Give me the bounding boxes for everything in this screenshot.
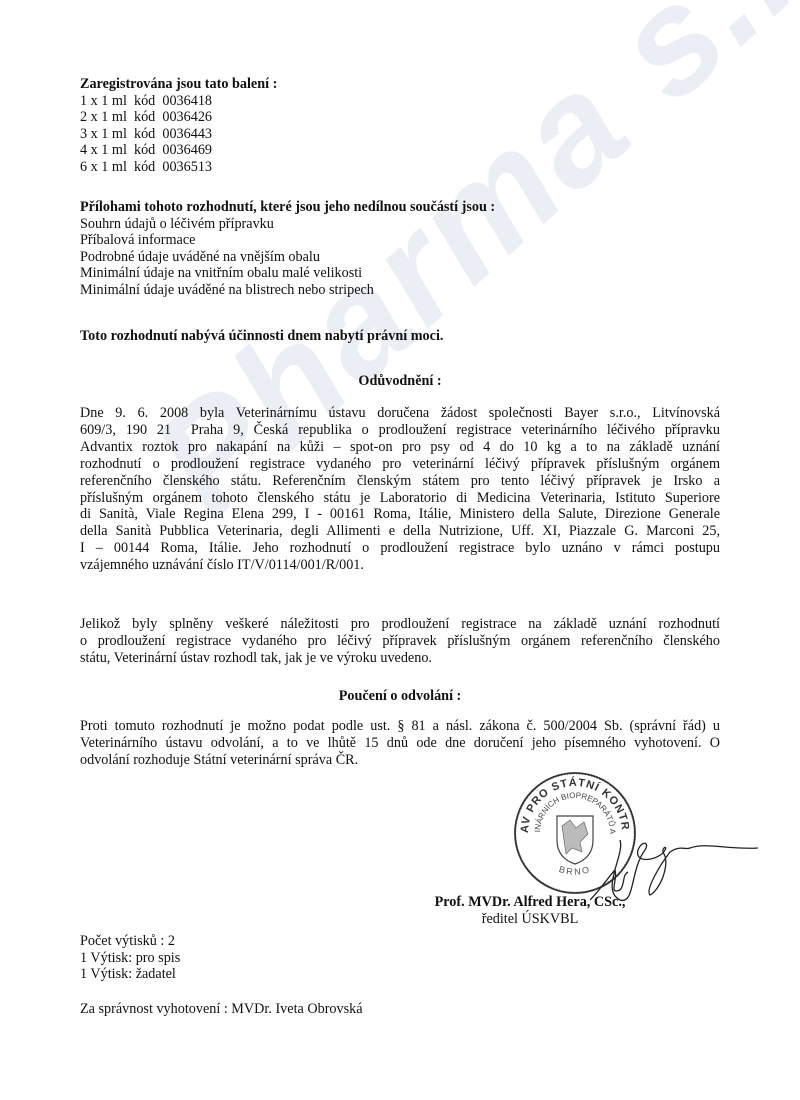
attachments-heading: Přílohami tohoto rozhodnutí, které jsou … [80, 199, 720, 216]
copies-section: Počet výtisků : 2 1 Výtisk: pro spis 1 V… [80, 933, 720, 983]
paragraph-line: I – 00144 Roma, Itálie. Jeho rozhodnutí … [80, 540, 720, 557]
paragraph-line: Proti tomuto rozhodnutí je možno podat p… [80, 718, 720, 735]
paragraph-line: Jelikož byly splněny veškeré náležitosti… [80, 616, 720, 633]
attachment-item: Minimální údaje na vnitřním obalu malé v… [80, 265, 720, 282]
effectiveness-statement: Toto rozhodnutí nabývá účinnosti dnem na… [80, 328, 720, 345]
paragraph-line: o prodloužení registrace vydaného pro lé… [80, 633, 720, 650]
signature-icon [590, 820, 760, 910]
justification-paragraph-2: Jelikož byly splněny veškeré náležitosti… [80, 616, 720, 667]
paragraph-line: 609/3, 190 21 Praha 9, Česká republika o… [80, 422, 720, 439]
paragraph-line: di Sanità, Viale Regina Elena 299, I - 0… [80, 506, 720, 523]
attachment-item: Minimální údaje uváděné na blistrech neb… [80, 282, 720, 299]
paragraph-line: vzájemného uznávání číslo IT/V/0114/001/… [80, 557, 720, 574]
paragraph-line: Dne 9. 6. 2008 byla Veterinárnímu ústavu… [80, 405, 720, 422]
attachment-item: Podrobné údaje uváděné na vnějším obalu [80, 249, 720, 266]
packages-section: Zaregistrována jsou tato balení : 1 x 1 … [80, 76, 720, 176]
copy-item: 1 Výtisk: žadatel [80, 966, 720, 983]
package-item: 4 x 1 ml kód 0036469 [80, 142, 720, 159]
attachment-item: Příbalová informace [80, 232, 720, 249]
packages-heading: Zaregistrována jsou tato balení : [80, 76, 720, 93]
paragraph-line: Advantix roztok pro nakapání na kůži – s… [80, 439, 720, 456]
copy-item: 1 Výtisk: pro spis [80, 950, 720, 967]
attachment-item: Souhrn údajů o léčivém přípravku [80, 216, 720, 233]
appeal-heading: Poučení o odvolání : [80, 688, 720, 705]
package-item: 6 x 1 ml kód 0036513 [80, 159, 720, 176]
paragraph-line: odvolání rozhoduje Státní veterinární sp… [80, 752, 720, 769]
paragraph-line: Veterinárního ústavu odvolání, a to ve l… [80, 735, 720, 752]
paragraph-line: státu, Veterinární ústav rozhodl tak, ja… [80, 650, 720, 667]
paragraph-line: referenčního členského státu. Referenční… [80, 473, 720, 490]
package-item: 3 x 1 ml kód 0036443 [80, 126, 720, 143]
attachments-section: Přílohami tohoto rozhodnutí, které jsou … [80, 199, 720, 299]
justification-heading: Odůvodnění : [80, 373, 720, 390]
svg-text:BRNO: BRNO [558, 864, 592, 877]
copies-count: Počet výtisků : 2 [80, 933, 720, 950]
paragraph-line: příslušným orgánem tohoto členského stát… [80, 490, 720, 507]
signer-title: ředitel ÚSKVBL [410, 911, 650, 928]
appeal-paragraph: Proti tomuto rozhodnutí je možno podat p… [80, 718, 720, 769]
package-item: 1 x 1 ml kód 0036418 [80, 93, 720, 110]
package-item: 2 x 1 ml kód 0036426 [80, 109, 720, 126]
justification-paragraph-1: Dne 9. 6. 2008 byla Veterinárnímu ústavu… [80, 405, 720, 574]
paragraph-line: rozhodnutí o prodloužení registrace vyda… [80, 456, 720, 473]
paragraph-line: della Sanità Pubblica Veterinaria, degli… [80, 523, 720, 540]
verified-by: Za správnost vyhotovení : MVDr. Iveta Ob… [80, 1001, 720, 1018]
